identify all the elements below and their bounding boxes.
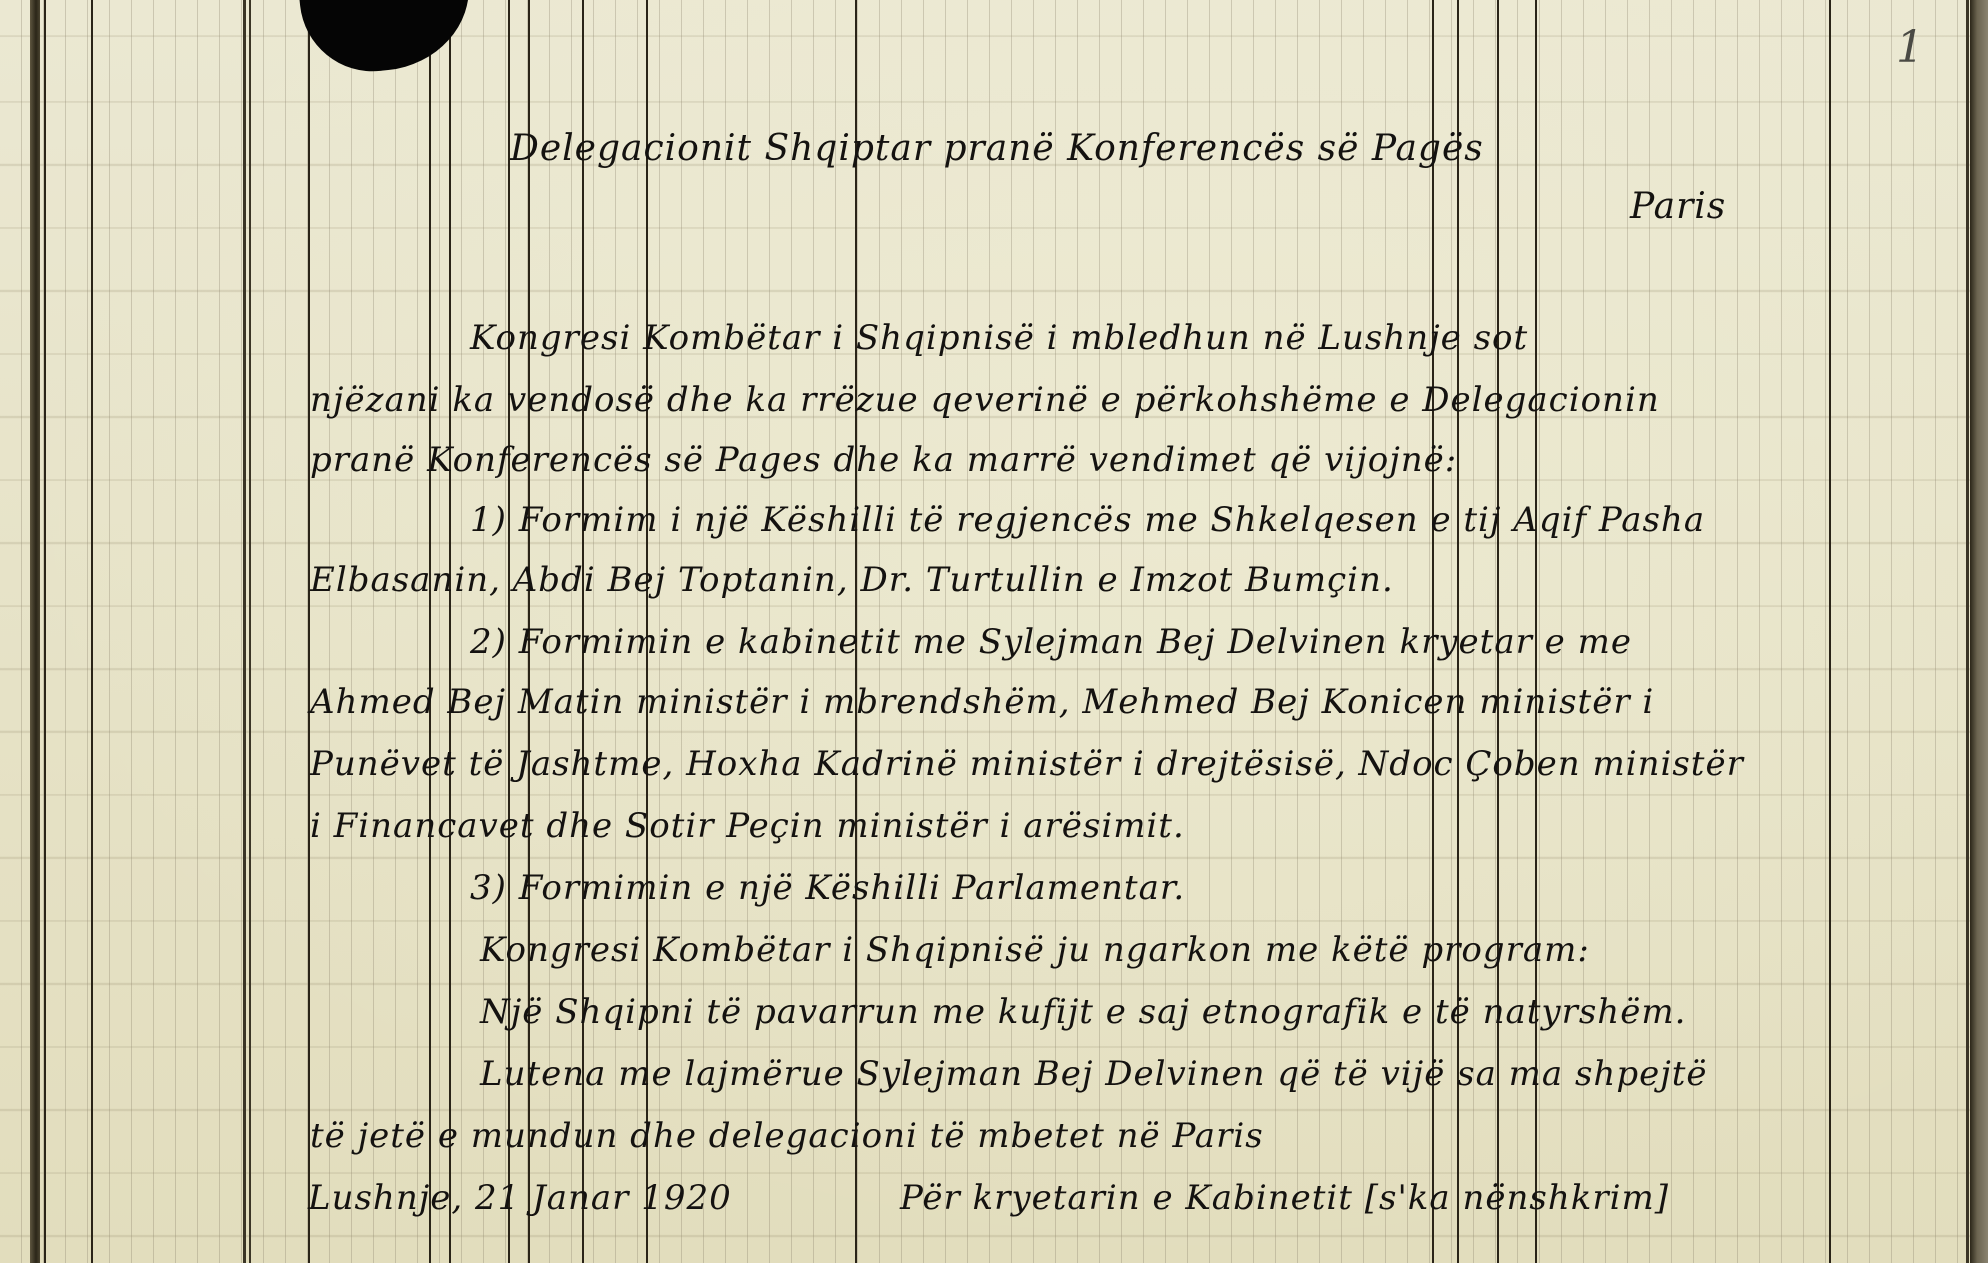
column-rule — [429, 0, 431, 1263]
margin-rule — [243, 0, 246, 1263]
margin-rule — [249, 0, 251, 1263]
page-number: 1 — [1896, 22, 1924, 73]
body-line: Kongresi Kombëtar i Shqipnisë i mbledhun… — [470, 318, 1528, 358]
body-line: 3) Formimin e një Këshilli Parlamentar. — [470, 868, 1185, 908]
body-line: Elbasanin, Abdi Bej Toptanin, Dr. Turtul… — [310, 560, 1394, 600]
body-line: 1) Formim i një Këshilli të regjencës me… — [470, 500, 1705, 540]
body-line: njëzani ka vendosë dhe ka rrëzue qeverin… — [310, 380, 1660, 420]
body-line: Lutena me lajmërue Sylejman Bej Delvinen… — [480, 1054, 1708, 1094]
body-line: Punëvet të Jashtme, Hoxha Kadrinë minist… — [310, 744, 1744, 784]
document-heading-place: Paris — [1630, 186, 1726, 227]
column-rule — [1829, 0, 1831, 1263]
margin-rule — [91, 0, 93, 1263]
body-line: 2) Formimin e kabinetit me Sylejman Bej … — [470, 622, 1632, 662]
column-rule — [308, 0, 310, 1263]
column-rule — [449, 0, 451, 1263]
document-heading: Delegacionit Shqiptar pranë Konferencës … — [510, 128, 1484, 169]
page-edge-left — [30, 0, 40, 1263]
body-line: Ahmed Bej Matin ministër i mbrendshëm, M… — [310, 682, 1654, 722]
margin-rule — [44, 0, 46, 1263]
body-line: i Financavet dhe Sotir Peçin ministër i … — [310, 806, 1185, 846]
body-line: Një Shqipni të pavarrun me kufijt e saj … — [480, 992, 1686, 1032]
page-edge-right — [1970, 0, 1988, 1263]
margin-rule — [1966, 0, 1969, 1263]
body-line: të jetë e mundun dhe delegacioni të mbet… — [310, 1116, 1264, 1156]
signature-line: Për kryetarin e Kabinetit [s'ka nënshkri… — [900, 1178, 1669, 1218]
date-place: Lushnje, 21 Janar 1920 — [308, 1178, 732, 1218]
body-line: pranë Konferencës së Pages dhe ka marrë … — [310, 440, 1457, 480]
body-line: Kongresi Kombëtar i Shqipnisë ju ngarkon… — [480, 930, 1590, 970]
